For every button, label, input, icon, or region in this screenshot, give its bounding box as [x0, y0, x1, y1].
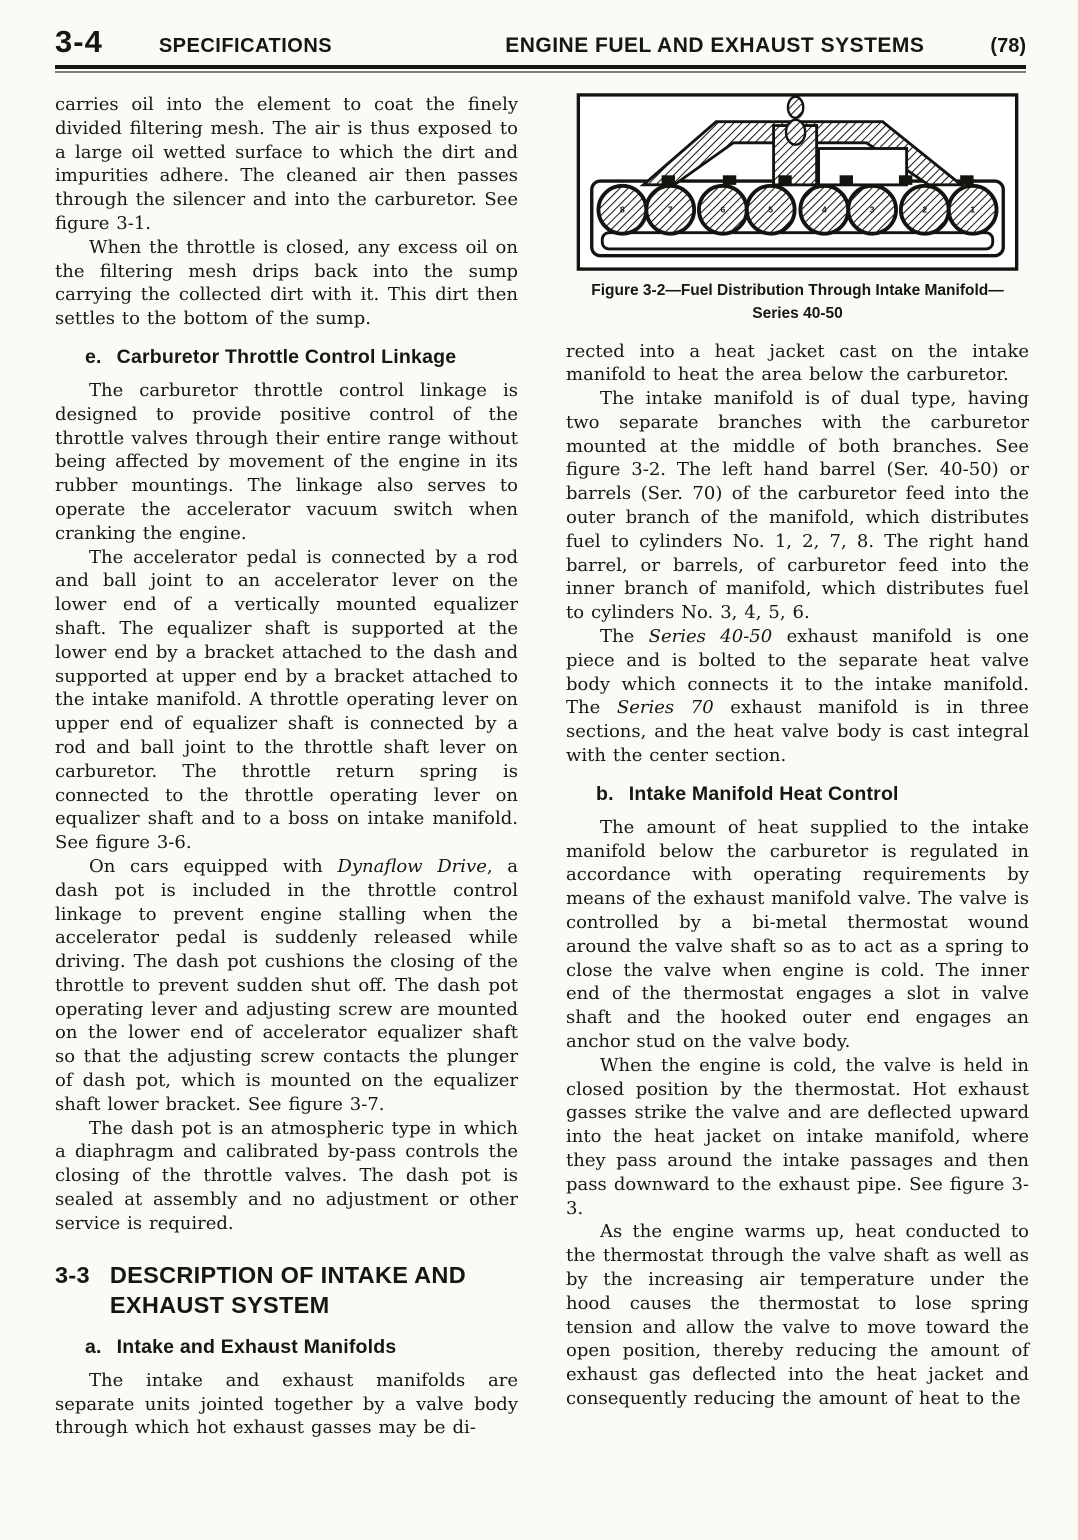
- body-paragraph: The carburetor throttle control linkage …: [55, 379, 518, 546]
- cylinder-number: 8: [620, 205, 625, 215]
- page-number: (78): [990, 35, 1026, 58]
- figure-caption: Figure 3-2—Fuel Distribution Through Int…: [566, 279, 1029, 326]
- figure-3-2: 8 7 6 5 4 3 2 1: [566, 93, 1029, 271]
- inner-branch-plenum: [819, 149, 907, 185]
- section-number: 3-4: [55, 24, 103, 60]
- body-paragraph: As the engine warms up, heat conducted t…: [566, 1220, 1029, 1410]
- manual-page: 3-4 SPECIFICATIONS ENGINE FUEL AND EXHAU…: [0, 0, 1078, 1440]
- subheading-letter: b.: [596, 783, 614, 806]
- figure-caption-line1: Figure 3-2—Fuel Distribution Through Int…: [591, 282, 1003, 299]
- body-paragraph: The amount of heat supplied to the intak…: [566, 816, 1029, 1054]
- italic-term: Dynaflow Drive: [337, 856, 486, 877]
- subheading-e: e. Carburetor Throttle Control Linkage: [85, 346, 518, 369]
- cylinder-number: 3: [870, 205, 875, 215]
- body-paragraph: rected into a heat jacket cast on the in…: [566, 340, 1029, 388]
- paragraph-segment: On cars equipped with: [89, 856, 337, 877]
- subheading-text: Intake Manifold Heat Control: [629, 783, 899, 806]
- subheading-letter: e.: [85, 346, 102, 369]
- figure-3-2-illustration: 8 7 6 5 4 3 2 1: [566, 93, 1029, 271]
- section-heading-3-3: 3-3 DESCRIPTION OF INTAKE AND EXHAUST SY…: [55, 1260, 518, 1321]
- paragraph-segment: The: [600, 626, 649, 647]
- chapter-title: SPECIFICATIONS: [159, 35, 332, 58]
- italic-term: Series 40-50: [649, 626, 773, 647]
- cylinder-number: 5: [768, 205, 773, 215]
- body-paragraph: The dash pot is an atmospheric type in w…: [55, 1117, 518, 1236]
- carburetor-barrel-bottom: [786, 120, 805, 145]
- figure-caption-line2: Series 40-50: [752, 305, 843, 322]
- header-rule-thin: [55, 71, 1026, 73]
- right-column: 8 7 6 5 4 3 2 1 Figure 3-2—Fuel Distribu…: [566, 93, 1029, 1440]
- body-paragraph: When the throttle is closed, any excess …: [55, 236, 518, 331]
- body-paragraph: The accelerator pedal is connected by a …: [55, 546, 518, 855]
- section-heading-line1: DESCRIPTION OF INTAKE AND: [110, 1262, 466, 1288]
- subheading-text: Intake and Exhaust Manifolds: [117, 1336, 397, 1359]
- carburetor-barrel-top: [788, 97, 803, 118]
- subheading-a: a. Intake and Exhaust Manifolds: [85, 1336, 518, 1359]
- subheading-letter: a.: [85, 1336, 102, 1359]
- left-column: carries oil into the element to coat the…: [55, 93, 518, 1440]
- section-heading-line2: EXHAUST SYSTEM: [110, 1292, 330, 1318]
- body-paragraph: carries oil into the element to coat the…: [55, 93, 518, 236]
- cylinder-number: 7: [668, 205, 673, 215]
- section-heading-number: 3-3: [55, 1260, 90, 1321]
- cylinder-number: 2: [922, 205, 927, 215]
- manifold-base-strip: [602, 233, 992, 249]
- subheading-b: b. Intake Manifold Heat Control: [596, 783, 1029, 806]
- body-paragraph: The intake manifold is of dual type, hav…: [566, 387, 1029, 625]
- italic-term: Series 70: [617, 697, 714, 718]
- cylinder-number: 1: [970, 205, 975, 215]
- body-paragraph: On cars equipped with Dynaflow Drive, a …: [55, 855, 518, 1117]
- section-heading-text: DESCRIPTION OF INTAKE AND EXHAUST SYSTEM: [110, 1260, 466, 1321]
- body-paragraph: The Series 40-50 exhaust manifold is one…: [566, 625, 1029, 768]
- cylinder-number: 4: [822, 205, 827, 215]
- page-header: 3-4 SPECIFICATIONS ENGINE FUEL AND EXHAU…: [55, 24, 1026, 60]
- cylinder-number: 6: [720, 205, 725, 215]
- page-title: ENGINE FUEL AND EXHAUST SYSTEMS: [505, 34, 924, 58]
- header-rule-heavy: [55, 65, 1026, 69]
- body-paragraph: The intake and exhaust manifolds are sep…: [55, 1369, 518, 1440]
- subheading-text: Carburetor Throttle Control Linkage: [117, 346, 457, 369]
- paragraph-segment: , a dash pot is included in the throttle…: [55, 856, 518, 1115]
- two-column-body: carries oil into the element to coat the…: [55, 93, 1026, 1440]
- body-paragraph: When the engine is cold, the valve is he…: [566, 1054, 1029, 1221]
